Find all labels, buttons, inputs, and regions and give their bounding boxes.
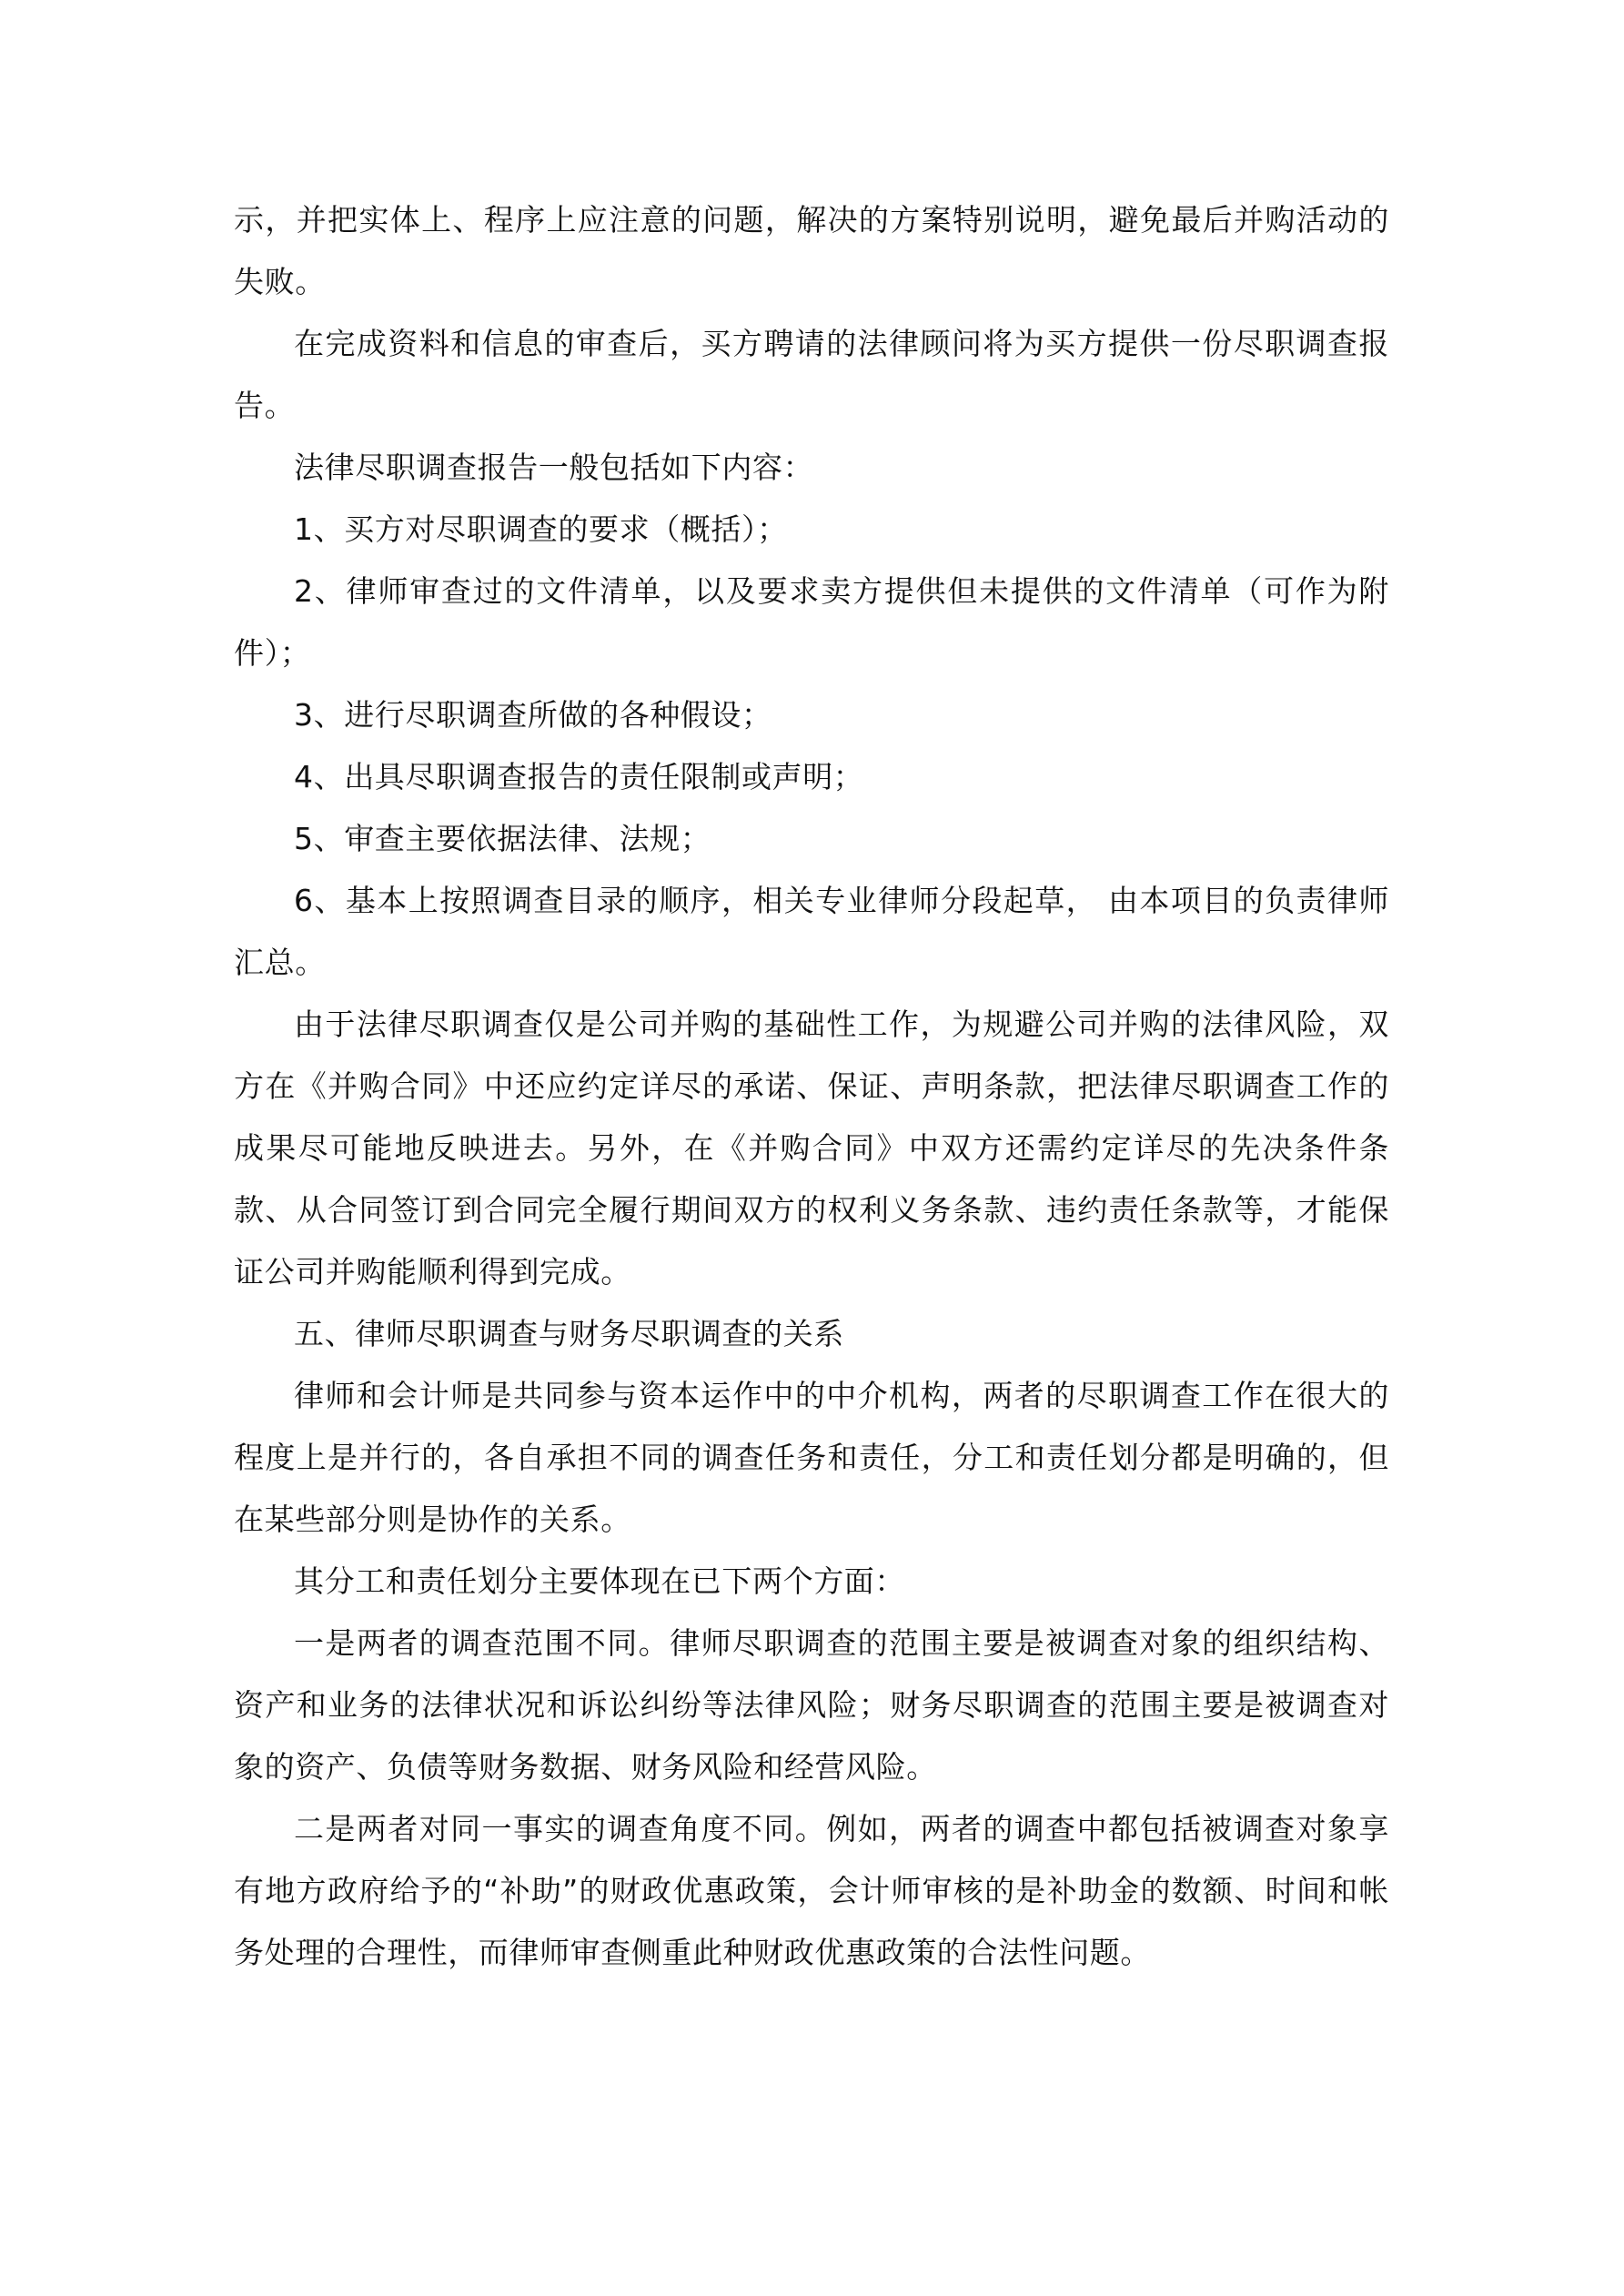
- paragraph-merger-contract: 由于法律尽职调查仅是公司并购的基础性工作，为规避公司并购的法律风险，双方在《并购…: [234, 994, 1389, 1303]
- list-item-6: 6、基本上按照调查目录的顺序，相关专业律师分段起草， 由本项目的负责律师汇总。: [234, 870, 1389, 994]
- paragraph-division-intro: 其分工和责任划分主要体现在已下两个方面：: [234, 1551, 1389, 1613]
- paragraph-perspective-difference: 二是两者对同一事实的调查角度不同。例如，两者的调查中都包括被调查对象享有地方政府…: [234, 1798, 1389, 1984]
- paragraph-report-intro: 在完成资料和信息的审查后，买方聘请的法律顾问将为买方提供一份尽职调查报告。: [234, 313, 1389, 437]
- section-heading-5: 五、律师尽职调查与财务尽职调查的关系: [234, 1303, 1389, 1365]
- list-item-4: 4、出具尽职调查报告的责任限制或声明；: [234, 746, 1389, 808]
- list-item-2: 2、律师审查过的文件清单，以及要求卖方提供但未提供的文件清单（可作为附件）；: [234, 561, 1389, 684]
- paragraph-continuation: 示，并把实体上、程序上应注意的问题，解决的方案特别说明，避免最后并购活动的失败。: [234, 189, 1389, 313]
- list-item-1: 1、买方对尽职调查的要求（概括）；: [234, 499, 1389, 561]
- document-body: 示，并把实体上、程序上应注意的问题，解决的方案特别说明，避免最后并购活动的失败。…: [234, 189, 1389, 1984]
- paragraph-scope-difference: 一是两者的调查范围不同。律师尽职调查的范围主要是被调查对象的组织结构、资产和业务…: [234, 1613, 1389, 1798]
- list-item-3: 3、进行尽职调查所做的各种假设；: [234, 684, 1389, 746]
- document-page: 示，并把实体上、程序上应注意的问题，解决的方案特别说明，避免最后并购活动的失败。…: [0, 0, 1624, 2296]
- paragraph-lawyer-accountant: 律师和会计师是共同参与资本运作中的中介机构，两者的尽职调查工作在很大的程度上是并…: [234, 1365, 1389, 1551]
- paragraph-report-contents-heading: 法律尽职调查报告一般包括如下内容：: [234, 437, 1389, 499]
- list-item-5: 5、审查主要依据法律、法规；: [234, 808, 1389, 870]
